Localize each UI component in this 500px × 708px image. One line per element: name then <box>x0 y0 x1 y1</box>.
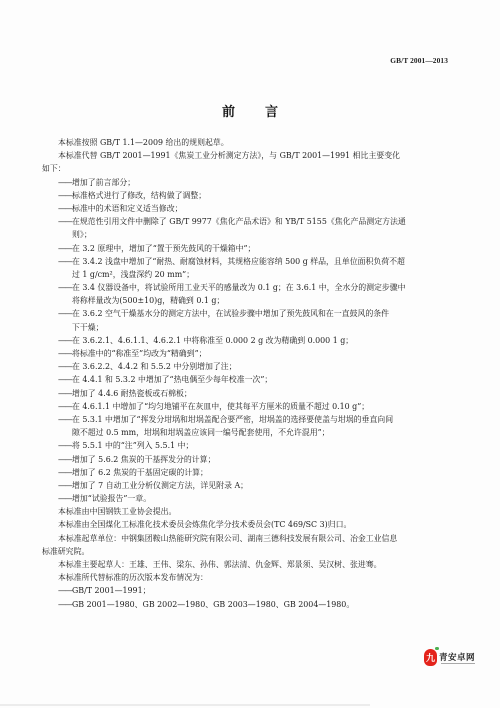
change-list-item: ——增加了 7 自动工业分析仪测定方法，详见附录 A； <box>58 479 454 492</box>
line-text: 则》； <box>72 230 92 239</box>
line-text: 在 3.2 原理中，增加了“置于预先鼓风的干燥箱中”； <box>72 244 255 253</box>
dash-bullet: —— <box>58 413 72 426</box>
line-text: 标准中的术语和定义适当修改； <box>72 204 182 213</box>
watermark-badge-icon: 九 <box>424 649 437 666</box>
watermark-text: 青安卓网 <box>439 651 475 663</box>
change-list-item: ——标准中的术语和定义适当修改； <box>58 202 454 215</box>
line-text: 下干燥； <box>72 323 104 332</box>
line-text: 在 3.6.2.1、4.6.1.1、4.6.2.1 中将称准至 0.000 2 … <box>72 336 353 345</box>
dash-bullet: —— <box>58 334 72 347</box>
line-text: 将 5.5.1 中的“注”列入 5.5.1 中； <box>72 441 193 450</box>
dash-bullet: —— <box>58 439 72 452</box>
line-text: 在 4.6.1.1 中增加了“均匀地铺平在灰皿中，使其每平方厘米的质量不超过 0… <box>72 402 369 411</box>
dash-bullet: —— <box>58 347 72 360</box>
line-text: 在规范性引用文件中删除了 GB/T 9977《焦化产品术语》和 YB/T 515… <box>72 217 406 226</box>
dash-bullet: —— <box>58 255 72 268</box>
paragraph-line: 本标准所代替标准的历次版本发布情况为： <box>58 571 454 584</box>
change-list-item: ——在规范性引用文件中删除了 GB/T 9977《焦化产品术语》和 YB/T 5… <box>58 215 454 228</box>
line-text: 本标准由全国煤化工标准化技术委员会炼焦化学分技术委员会(TC 469/SC 3)… <box>58 520 351 529</box>
change-list-item: ——在 5.3.1 中增加了“挥发分坩埚和坩埚盖配合要严密，坩埚盖的选择要使盖与… <box>58 413 454 426</box>
watermark-label: 青安卓网 <box>439 653 475 663</box>
change-list-item: ——增加了前言部分； <box>58 176 454 189</box>
line-text: 增加了 7 自动工业分析仪测定方法，详见附录 A； <box>72 481 248 490</box>
paragraph-line: 本标准由全国煤化工标准化技术委员会炼焦化学分技术委员会(TC 469/SC 3)… <box>58 518 454 531</box>
paragraph-continuation: 如下： <box>42 162 454 175</box>
list-item-continuation: 则》； <box>58 228 454 241</box>
change-list-item: ——在 3.4 仪器设备中，将试验所用工业天平的感量改为 0.1 g；在 3.6… <box>58 281 454 294</box>
change-list-item: ——在 4.4.1 和 5.3.2 中增加了“热电偶至少每年校准一次”； <box>58 373 454 386</box>
dash-bullet: —— <box>58 360 72 373</box>
line-text: 将标准中的“称准至”均改为“精确到”； <box>72 349 207 358</box>
list-item-continuation: 下干燥； <box>58 321 454 334</box>
change-list-item: ——将标准中的“称准至”均改为“精确到”； <box>58 347 454 360</box>
line-text: 本标准主要起草人：王雄、王伟、梁东、孙伟、郭法清、仇金辉、郑景须、吴汉树、张进骞… <box>58 560 382 569</box>
line-text: 在 3.4 仪器设备中，将试验所用工业天平的感量改为 0.1 g；在 3.6.1… <box>72 283 406 292</box>
paragraph-line: 本标准代替 GB/T 2001—1991《焦炭工业分析测定方法》，与 GB/T … <box>58 149 454 162</box>
line-text: 在 3.6.2 空气干燥基水分的测定方法中，在试验步骤中增加了预先鼓风和在一直鼓… <box>72 309 389 318</box>
dash-bullet: —— <box>58 453 72 466</box>
line-text: 本标准代替 GB/T 2001—1991《焦炭工业分析测定方法》，与 GB/T … <box>58 151 400 160</box>
line-text: 在 5.3.1 中增加了“挥发分坩埚和坩埚盖配合要严密，坩埚盖的选择要使盖与坩埚… <box>72 415 393 424</box>
line-text: 本标准起草单位：中钢集团鞍山热能研究院有限公司、湖南三德科技发展有限公司、冶金工… <box>58 534 397 543</box>
page-title: 前言 <box>0 101 500 120</box>
change-list-item: ——在 3.6.2 空气干燥基水分的测定方法中，在试验步骤中增加了预先鼓风和在一… <box>58 307 454 320</box>
line-text: 在 4.4.1 和 5.3.2 中增加了“热电偶至少每年校准一次”； <box>72 375 272 384</box>
dash-bullet: —— <box>58 242 72 255</box>
line-text: 将称样量改为(500±10)g，精确到 0.1 g； <box>72 296 224 305</box>
change-list-item: ——增加了 6.2 焦炭的干基固定碳的计算； <box>58 466 454 479</box>
line-text: 标准格式进行了修改，结构做了调整； <box>72 191 206 200</box>
change-list-item: ——在 3.4.2 浅盘中增加了“耐热、耐腐蚀材料，其规格应能容纳 500 g … <box>58 255 454 268</box>
foreword-body: 本标准按照 GB/T 1.1—2009 给出的规则起草。本标准代替 GB/T 2… <box>58 136 454 611</box>
paragraph-line: 本标准按照 GB/T 1.1—2009 给出的规则起草。 <box>58 136 454 149</box>
change-list-item: ——在 3.6.2.1、4.6.1.1、4.6.2.1 中将称准至 0.000 … <box>58 334 454 347</box>
line-text: 标准研究院。 <box>42 547 89 556</box>
dash-bullet: —— <box>58 307 72 320</box>
dash-bullet: —— <box>58 215 72 228</box>
line-text: GB/T 2001—1991； <box>72 586 150 595</box>
dash-bullet: —— <box>58 466 72 479</box>
line-text: 隙不超过 0.5 mm，坩埚和坩埚盖应该同一编号配套使用，不允许混用”； <box>72 428 330 437</box>
change-list-item: ——增加“试验报告”一章。 <box>58 492 454 505</box>
change-list-item: ——在 3.2 原理中，增加了“置于预先鼓风的干燥箱中”； <box>58 242 454 255</box>
change-list-item: ——在 3.6.2.2、4.4.2 和 5.5.2 中分别增加了注； <box>58 360 454 373</box>
list-item-continuation: 隙不超过 0.5 mm，坩埚和坩埚盖应该同一编号配套使用，不允许混用”； <box>58 426 454 439</box>
dash-bullet: —— <box>58 400 72 413</box>
change-list-item: ——GB 2001—1980、GB 2002—1980、GB 2003—1980… <box>58 598 454 611</box>
document-page: GB/T 2001—2013 前言 本标准按照 GB/T 1.1—2009 给出… <box>0 0 500 708</box>
paragraph-line: 本标准主要起草人：王雄、王伟、梁东、孙伟、郭法清、仇金辉、郑景须、吴汉树、张进骞… <box>58 558 454 571</box>
line-text: 增加了 4.4.6 耐热瓷板或石棉板； <box>72 389 192 398</box>
dash-bullet: —— <box>58 492 72 505</box>
change-list-item: ——GB/T 2001—1991； <box>58 584 454 597</box>
line-text: 本标准所代替标准的历次版本发布情况为： <box>58 573 208 582</box>
line-text: GB 2001—1980、GB 2002—1980、GB 2003—1980、G… <box>72 600 354 609</box>
dash-bullet: —— <box>58 598 72 611</box>
line-text: 如下： <box>42 164 66 173</box>
list-item-continuation: 将称样量改为(500±10)g，精确到 0.1 g； <box>58 294 454 307</box>
line-text: 在 3.4.2 浅盘中增加了“耐热、耐腐蚀材料，其规格应能容纳 500 g 样品… <box>72 257 405 266</box>
line-text: 增加了 6.2 焦炭的干基固定碳的计算； <box>72 468 208 477</box>
dash-bullet: —— <box>58 479 72 492</box>
dash-bullet: —— <box>58 584 72 597</box>
change-list-item: ——增加了 4.4.6 耐热瓷板或石棉板； <box>58 387 454 400</box>
change-list-item: ——在 4.6.1.1 中增加了“均匀地铺平在灰皿中，使其每平方厘米的质量不超过… <box>58 400 454 413</box>
paragraph-line: 本标准起草单位：中钢集团鞍山热能研究院有限公司、湖南三德科技发展有限公司、冶金工… <box>58 532 454 545</box>
change-list-item: ——将 5.5.1 中的“注”列入 5.5.1 中； <box>58 439 454 452</box>
list-item-continuation: 过 1 g/cm²，浅盘深约 20 mm”； <box>58 268 454 281</box>
line-text: 在 3.6.2.2、4.4.2 和 5.5.2 中分别增加了注； <box>72 362 237 371</box>
dash-bullet: —— <box>58 202 72 215</box>
paragraph-continuation: 标准研究院。 <box>42 545 454 558</box>
standard-code: GB/T 2001—2013 <box>390 56 448 65</box>
scan-edge <box>0 704 370 706</box>
watermark-underline <box>441 663 475 664</box>
line-text: 过 1 g/cm²，浅盘深约 20 mm”； <box>72 270 194 279</box>
dash-bullet: —— <box>58 373 72 386</box>
dash-bullet: —— <box>58 189 72 202</box>
dash-bullet: —— <box>58 281 72 294</box>
paragraph-line: 本标准由中国钢铁工业协会提出。 <box>58 505 454 518</box>
line-text: 本标准由中国钢铁工业协会提出。 <box>58 507 176 516</box>
line-text: 增加了 5.6.2 焦炭的干基挥发分的计算； <box>72 455 215 464</box>
change-list-item: ——增加了 5.6.2 焦炭的干基挥发分的计算； <box>58 453 454 466</box>
line-text: 增加了前言部分； <box>72 178 135 187</box>
change-list-item: ——标准格式进行了修改，结构做了调整； <box>58 189 454 202</box>
dash-bullet: —— <box>58 176 72 189</box>
line-text: 增加“试验报告”一章。 <box>72 494 151 503</box>
line-text: 本标准按照 GB/T 1.1—2009 给出的规则起草。 <box>58 138 229 147</box>
watermark-logo: 九 青安卓网 <box>424 646 488 668</box>
dash-bullet: —— <box>58 387 72 400</box>
